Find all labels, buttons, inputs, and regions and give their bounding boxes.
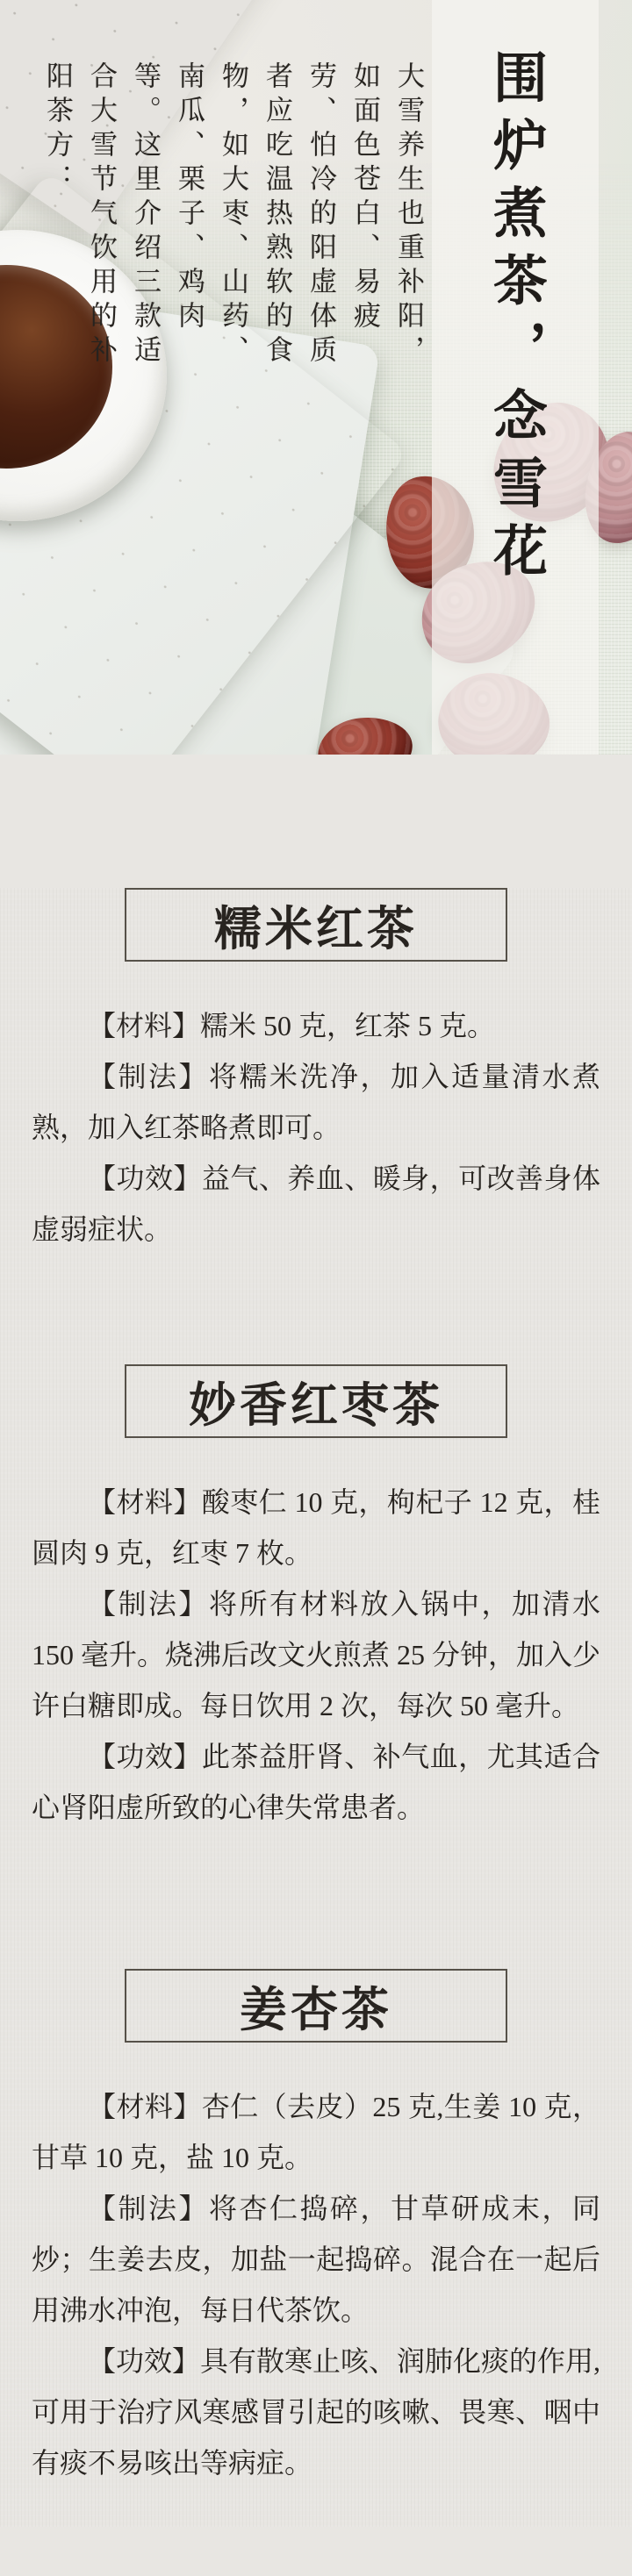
recipe-title-box: 姜杏茶 xyxy=(125,1969,507,2043)
recipes-content: 糯米红茶 【材料】糯米 50 克，红茶 5 克。 【制法】将糯米洗净，加入适量清… xyxy=(0,888,632,2527)
intro-column: 合大雪节气饮用的补 xyxy=(79,61,123,474)
intro-column: 大雪养生也重补阳， xyxy=(386,61,430,474)
intro-column: 物，如大枣、山药、 xyxy=(211,61,255,474)
recipe-section-jiangxingcha: 姜杏茶 【材料】杏仁（去皮）25 克,生姜 10 克，甘草 10 克，盐 10 … xyxy=(0,1969,632,2488)
recipe-section-nuomi-hongcha: 糯米红茶 【材料】糯米 50 克，红茶 5 克。 【制法】将糯米洗净，加入适量清… xyxy=(0,888,632,1255)
recipe-materials: 【材料】糯米 50 克，红茶 5 克。 xyxy=(32,1000,600,1051)
article-page: 大雪养生也重补阳， 如面色苍白、易疲 劳、怕冷的阳虚体质 者应吃温热熟软的食 物… xyxy=(0,0,632,2527)
recipe-body: 【材料】杏仁（去皮）25 克,生姜 10 克，甘草 10 克，盐 10 克。 【… xyxy=(32,2081,600,2488)
recipe-method: 【制法】将糯米洗净，加入适量清水煮熟，加入红茶略煮即可。 xyxy=(32,1051,600,1153)
intro-column: 者应吃温热熟软的食 xyxy=(255,61,298,474)
recipe-title-box: 糯米红茶 xyxy=(125,888,507,962)
recipe-title: 妙香红枣茶 xyxy=(189,1368,443,1435)
intro-vertical-text: 大雪养生也重补阳， 如面色苍白、易疲 劳、怕冷的阳虚体质 者应吃温热熟软的食 物… xyxy=(26,61,430,474)
recipe-method: 【制法】将杏仁捣碎，甘草研成末，同炒；生姜去皮，加盐一起捣碎。混合在一起后用沸水… xyxy=(32,2183,600,2336)
recipe-effect: 【功效】益气、养血、暖身，可改善身体虚弱症状。 xyxy=(32,1153,600,1255)
recipe-title-box: 妙香红枣茶 xyxy=(125,1364,507,1438)
recipe-materials: 【材料】杏仁（去皮）25 克,生姜 10 克，甘草 10 克，盐 10 克。 xyxy=(32,2081,600,2183)
hero-photo: 大雪养生也重补阳， 如面色苍白、易疲 劳、怕冷的阳虚体质 者应吃温热熟软的食 物… xyxy=(0,0,632,755)
recipe-title: 糯米红茶 xyxy=(214,891,418,959)
intro-column: 等。这里介绍三款适 xyxy=(123,61,167,474)
recipe-title: 姜杏茶 xyxy=(240,1972,392,2040)
title-band: 围炉煮茶，念雪花 xyxy=(432,0,599,755)
intro-column: 阳茶方： xyxy=(35,61,79,474)
recipe-section-miaoxiang-hongzaocha: 妙香红枣茶 【材料】酸枣仁 10 克，枸杞子 12 克，桂圆肉 9 克，红枣 7… xyxy=(0,1364,632,1833)
intro-column: 如面色苍白、易疲 xyxy=(342,61,386,474)
intro-column: 劳、怕冷的阳虚体质 xyxy=(298,61,342,474)
recipe-body: 【材料】酸枣仁 10 克，枸杞子 12 克，桂圆肉 9 克，红枣 7 枚。 【制… xyxy=(32,1477,600,1833)
recipe-body: 【材料】糯米 50 克，红茶 5 克。 【制法】将糯米洗净，加入适量清水煮熟，加… xyxy=(32,1000,600,1255)
page-title: 围炉煮茶，念雪花 xyxy=(477,49,555,755)
recipe-materials: 【材料】酸枣仁 10 克，枸杞子 12 克，桂圆肉 9 克，红枣 7 枚。 xyxy=(32,1477,600,1578)
recipe-effect: 【功效】此茶益肝肾、补气血，尤其适合心肾阳虚所致的心律失常患者。 xyxy=(32,1731,600,1833)
intro-column: 南瓜、栗子、鸡肉 xyxy=(167,61,211,474)
recipe-method: 【制法】将所有材料放入锅中，加清水 150 毫升。烧沸后改文火煎煮 25 分钟，… xyxy=(32,1578,600,1731)
recipe-effect: 【功效】具有散寒止咳、润肺化痰的作用,可用于治疗风寒感冒引起的咳嗽、畏寒、咽中有… xyxy=(32,2336,600,2488)
